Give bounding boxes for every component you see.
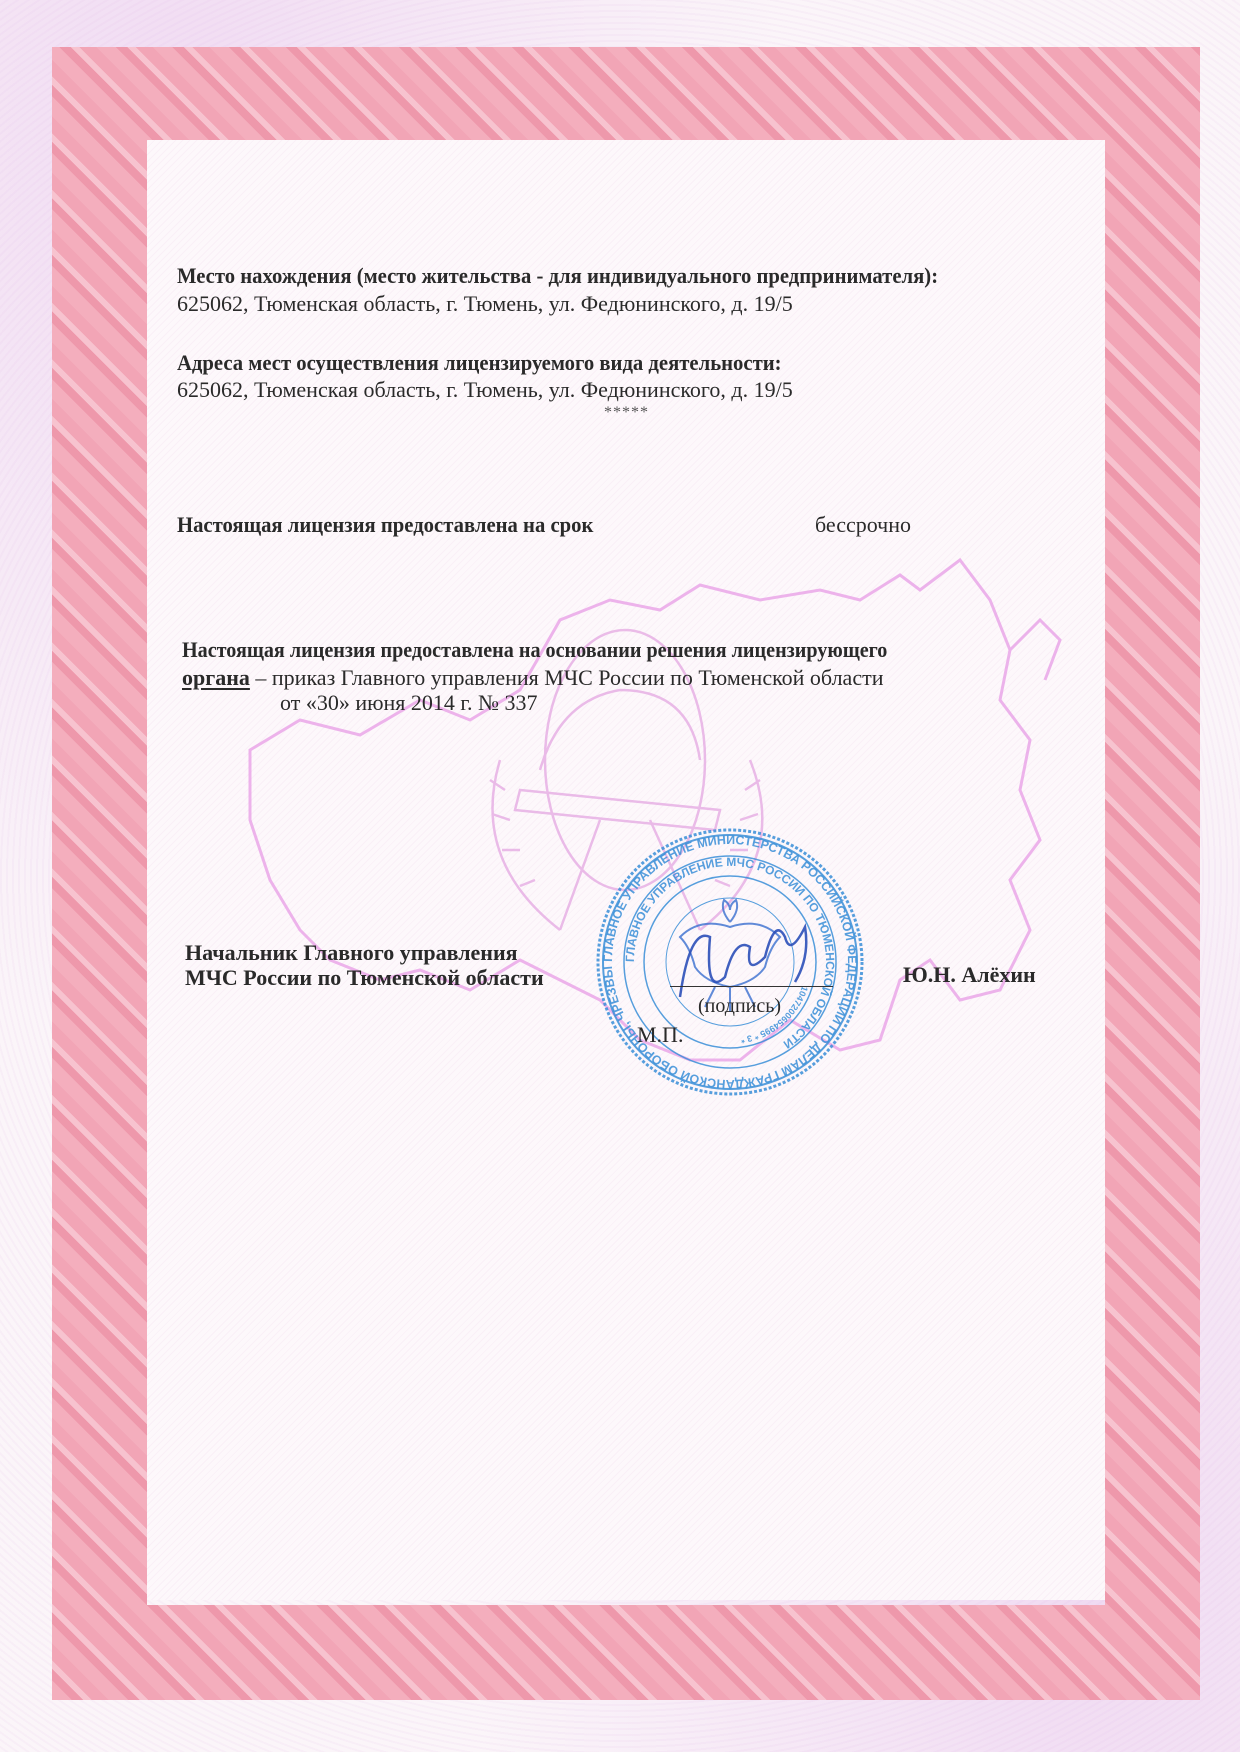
signature-caption: (подпись) [698, 996, 781, 1016]
location-heading-text: Место нахождения (место жительства - для… [177, 265, 938, 287]
term-heading-text: Настоящая лицензия предоставлена на срок [177, 514, 593, 536]
activity-addresses-heading-text: Адреса мест осуществления лицензируемого… [177, 352, 782, 374]
basis-heading-organ: органа [182, 665, 250, 690]
official-seal-stamp: ГЛАВНОЕ УПРАВЛЕНИЕ МИНИСТЕРСТВА РОССИЙСК… [595, 827, 865, 1097]
location-value: 625062, Тюменская область, г. Тюмень, ул… [177, 293, 793, 315]
activity-addresses-heading: Адреса мест осуществления лицензируемого… [177, 352, 820, 374]
term-value: бессрочно [815, 514, 911, 536]
location-heading: Место нахождения (место жительства - для… [177, 265, 987, 287]
basis-order-date: от «30» июня 2014 г. № 337 [280, 692, 537, 714]
signature-line [670, 986, 833, 987]
activity-addresses-value: 625062, Тюменская область, г. Тюмень, ул… [177, 379, 793, 401]
basis-order-text: – приказ Главного управления МЧС России … [250, 665, 884, 690]
basis-heading: Настоящая лицензия предоставлена на осно… [182, 639, 953, 661]
section-separator: ***** [604, 405, 649, 421]
signatory-position-line2: МЧС России по Тюменской области [185, 967, 544, 989]
term-heading: Настоящая лицензия предоставлена на срок [177, 514, 620, 536]
basis-heading-text: Настоящая лицензия предоставлена на осно… [182, 639, 887, 661]
signatory-position-line1: Начальник Главного управления [185, 942, 518, 964]
seal-label: М.П. [637, 1024, 683, 1046]
basis-line-2: органа – приказ Главного управления МЧС … [182, 667, 883, 689]
signatory-name: Ю.Н. Алёхин [903, 964, 1036, 986]
